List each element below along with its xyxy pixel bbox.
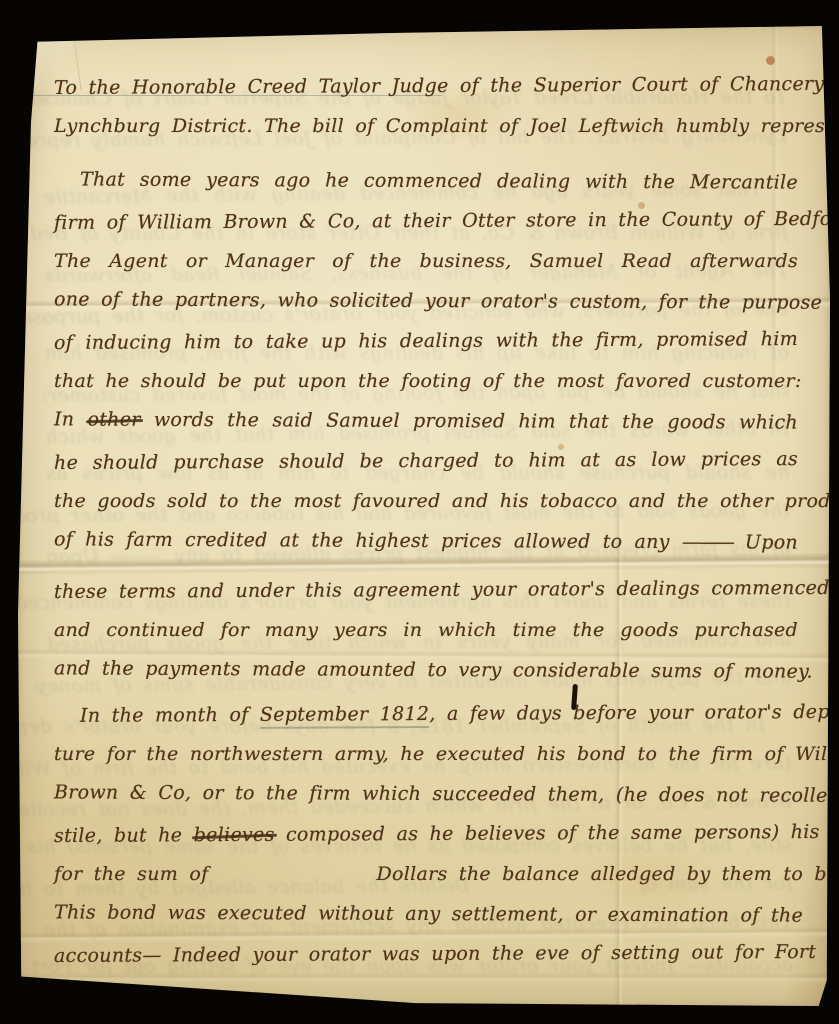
text-segment-underline: September 1812: [260, 703, 430, 729]
text-segment: Brown & Co, or to the firm which succeed…: [54, 781, 839, 807]
text-segment-strike: believes: [194, 824, 275, 846]
text-segment-strike: other: [87, 409, 140, 431]
manuscript-line: In the month of September 1812, a few da…: [54, 692, 798, 736]
manuscript-line: Brown & Co, or to the firm which succeed…: [54, 772, 798, 815]
text-segment: , a few days before your orator's depar: [429, 701, 839, 725]
text-segment: and the payments made amounted to very c…: [54, 657, 813, 682]
text-segment-dash: ———: [682, 531, 733, 553]
text-segment: of his farm credited at the highest pric…: [54, 528, 682, 553]
manuscript-line: Lynchburg District. The bill of Complain…: [54, 106, 798, 146]
text-segment: composed as he believes of the same pers…: [275, 821, 839, 846]
text-segment: stile, but he: [54, 824, 194, 847]
manuscript-line: In other words the said Samuel promised …: [54, 399, 798, 442]
text-segment: accounts— Indeed your orator was upon th…: [54, 941, 816, 967]
manuscript-line: he should purchase should be charged to …: [54, 439, 798, 483]
manuscript-line: and the payments made amounted to very c…: [54, 648, 798, 691]
text-segment: he should purchase should be charged to …: [54, 448, 798, 474]
manuscript-lines: To the Honorable Creed Taylor Judge of t…: [54, 66, 798, 974]
text-segment: In the month of: [80, 704, 260, 727]
text-segment: firm of William Brown & Co, at their Ott…: [54, 208, 839, 234]
manuscript-line: for the sum ofDollars the balance alledg…: [54, 854, 798, 894]
text-segment: This bond was executed without any settl…: [54, 901, 803, 926]
manuscript-line: firm of William Brown & Co, at their Ott…: [54, 199, 798, 243]
manuscript-line: ture for the northwestern army, he execu…: [54, 734, 798, 774]
manuscript-line: That some years ago he commenced dealing…: [54, 159, 798, 202]
manuscript-line: and continued for many years in which ti…: [54, 610, 798, 650]
manuscript-line: one of the partners, who solicited your …: [54, 279, 798, 322]
text-segment: the goods sold to the most favoured and …: [54, 490, 839, 512]
text-segment: that he should be put upon the footing o…: [54, 370, 802, 392]
text-segment: Dollars the balance alledged by them to …: [376, 863, 839, 885]
manuscript-line: This bond was executed without any settl…: [54, 892, 798, 935]
text-segment: Lynchburg District. The bill of Complain…: [54, 115, 839, 137]
photo-background: { "colors": { "background": "#070503", "…: [0, 0, 839, 1024]
text-segment: That some years ago he commenced dealing…: [80, 168, 798, 193]
manuscript-line: The Agent or Manager of the business, Sa…: [54, 241, 798, 281]
text-segment: ture for the northwestern army, he execu…: [54, 743, 839, 765]
manuscript-line: of inducing him to take up his dealings …: [54, 319, 798, 363]
text-segment: one of the partners, who solicited your …: [54, 288, 822, 313]
text-segment: words the said Samuel promised him that …: [141, 409, 798, 434]
manuscript-line: the goods sold to the most favoured and …: [54, 481, 798, 521]
text-segment: for the sum of: [54, 863, 208, 885]
text-segment: In: [54, 408, 88, 430]
manuscript-line: that he should be put upon the footing o…: [54, 361, 798, 401]
text-segment: The Agent or Manager of the business, Sa…: [54, 250, 798, 272]
text-segment: To the Honorable Creed Taylor Judge of t…: [54, 72, 839, 98]
manuscript-line: To the Honorable Creed Taylor Judge of t…: [54, 64, 798, 108]
manuscript-page: To the Honorable Creed Taylor Judge of t…: [18, 24, 830, 1008]
text-segment: these terms and under this agreement you…: [54, 577, 830, 603]
text-segment: of inducing him to take up his dealings …: [54, 328, 798, 354]
manuscript-line: stile, but he believes composed as he be…: [54, 812, 798, 856]
manuscript-line: accounts— Indeed your orator was upon th…: [54, 932, 798, 976]
text-segment: and continued for many years in which ti…: [54, 619, 798, 641]
manuscript-line: of his farm credited at the highest pric…: [54, 519, 798, 562]
text-segment: Upon: [733, 531, 798, 553]
manuscript-line: these terms and under this agreement you…: [54, 568, 798, 612]
